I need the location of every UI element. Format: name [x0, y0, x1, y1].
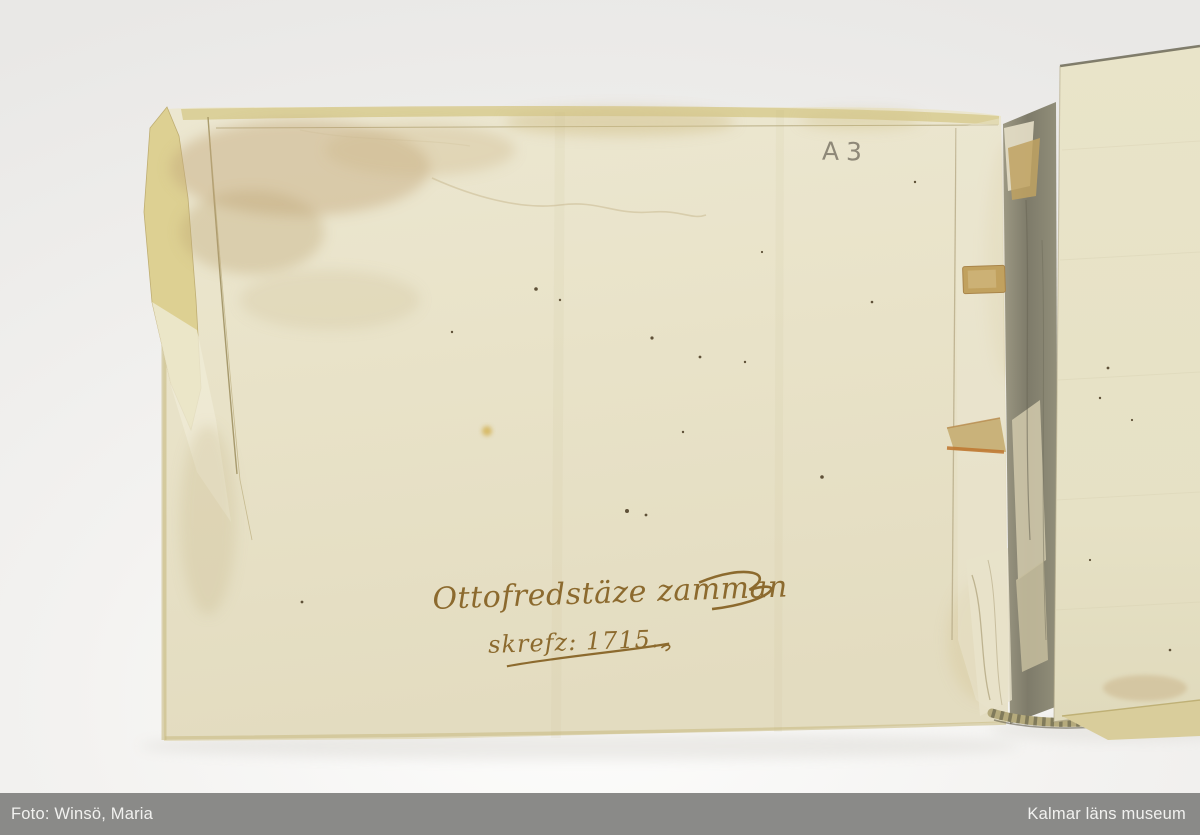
- yellow-stain-dot: [482, 426, 492, 436]
- page-bottom-stain: [1103, 675, 1187, 701]
- page-surface: [1054, 46, 1200, 722]
- book-block-page: [1054, 46, 1200, 740]
- photo-area: A3 Ottofredstäze zamman skrefz: 1715.: [0, 0, 1200, 793]
- paper-shard-1: [1012, 400, 1046, 580]
- handwriting-line2: skrefz: 1715.: [488, 625, 660, 659]
- caption-bar: Foto: Winsö, Maria Kalmar läns museum: [0, 793, 1200, 835]
- museum-name: Kalmar läns museum: [1027, 805, 1186, 824]
- tape-fragment-upper: [963, 265, 1006, 293]
- tan-fragment: [1008, 138, 1040, 200]
- pencil-mark-a3: A3: [822, 137, 870, 167]
- museum-photo-record: A3 Ottofredstäze zamman skrefz: 1715.: [0, 0, 1200, 835]
- parchment-cover-inside: A3 Ottofredstäze zamman skrefz: 1715.: [144, 106, 1030, 741]
- photo-credit: Foto: Winsö, Maria: [11, 805, 153, 824]
- photo-old-archive-volume: A3 Ottofredstäze zamman skrefz: 1715.: [0, 0, 1200, 793]
